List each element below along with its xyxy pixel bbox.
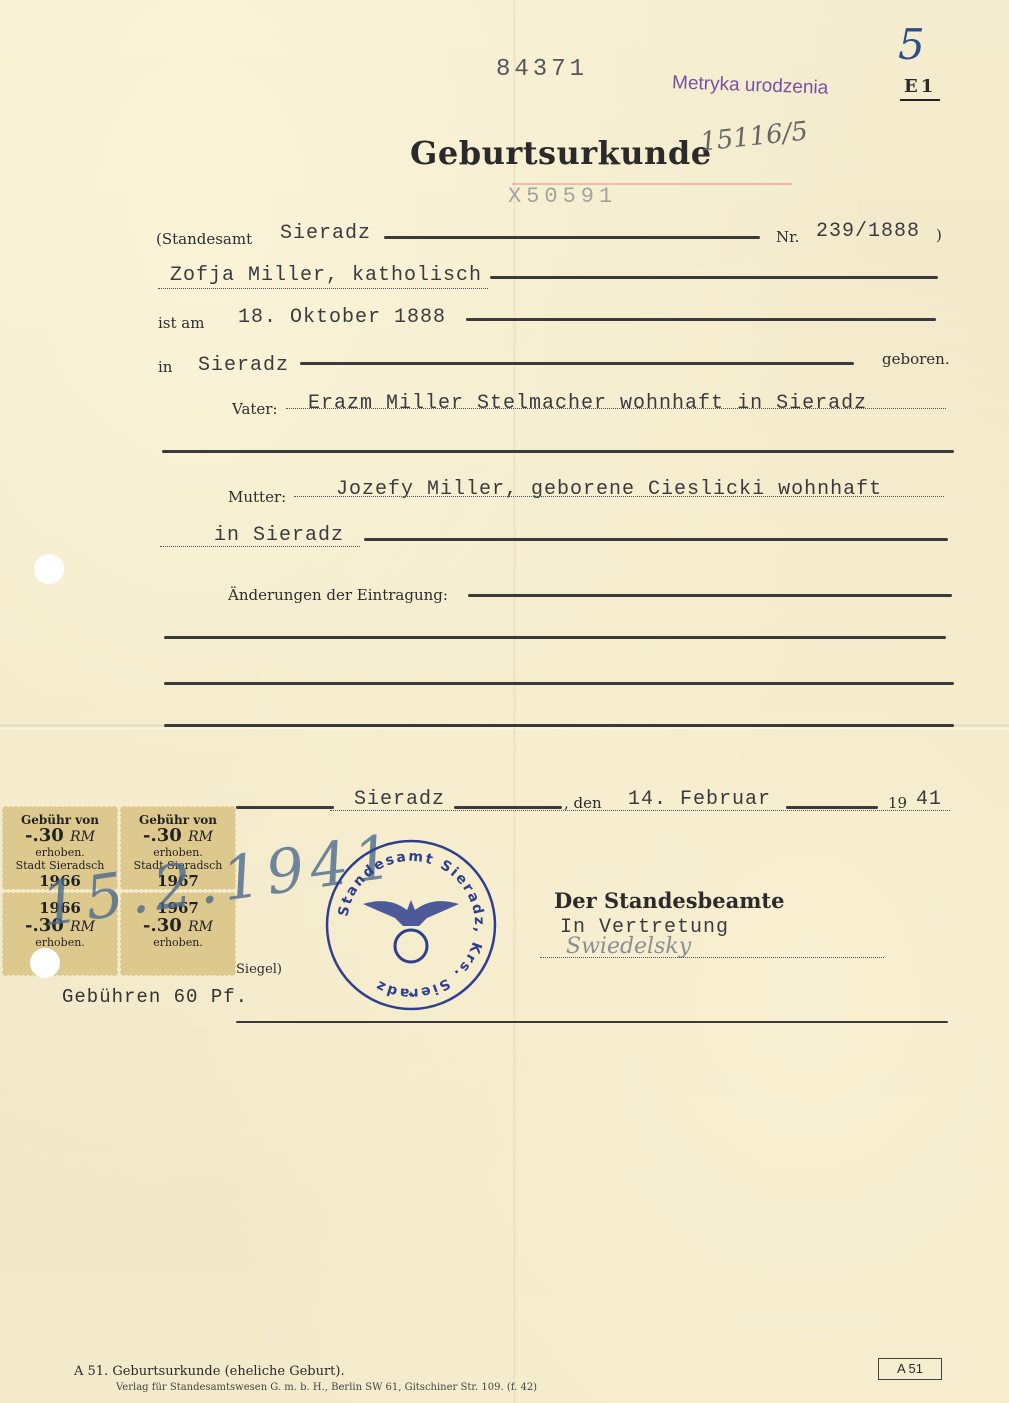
nr-close: ) [936,226,942,244]
issuance-date: 14. Februar [628,788,771,811]
nr-label: Nr. [776,228,799,246]
rule [162,450,954,453]
rule [786,806,878,809]
rule [300,362,854,365]
svg-text:✦: ✦ [407,990,415,1001]
rule [490,276,938,279]
child-name: Zofja Miller, katholisch [170,264,482,287]
rule [364,538,948,541]
rule [164,636,946,639]
seal-icon: Standesamt Sieradz, Krs. Sieradz ✦ [323,838,499,1012]
rule [384,236,760,239]
in-label: in [158,358,172,376]
fees-text: Gebühren 60 Pf. [62,986,248,1008]
geboren-label: geboren. [882,350,950,368]
rule [236,1021,948,1023]
standesamt-label: (Standesamt [156,230,252,248]
dotted-rule [540,957,884,958]
form-code-e1: E1 [900,76,940,101]
faded-number: X50591 [508,184,617,209]
dotted-rule [158,288,488,289]
mutter-label: Mutter: [228,488,286,506]
dotted-rule [286,408,946,409]
red-pencil-mark [512,183,792,185]
nr-value: 239/1888 [816,220,920,243]
punch-hole-bottom [30,948,60,978]
signature-title: Der Standesbeamte [554,888,785,913]
rule [454,806,562,809]
vater-value: Erazm Miller Stelmacher wohnhaft in Sier… [308,392,867,415]
year-suffix: 41 [916,788,942,811]
dotted-rule [330,810,950,811]
dotted-rule [294,496,944,497]
footer-line2: Verlag für Standesamtswesen G. m. b. H.,… [116,1382,537,1393]
vater-label: Vater: [232,400,278,418]
dotted-rule [160,546,360,547]
mutter-value-line2: in Sieradz [214,524,344,547]
rule [468,594,952,597]
official-seal: Standesamt Sieradz, Krs. Sieradz ✦ [323,838,499,1012]
ist-am-label: ist am [158,314,204,332]
document-title: Geburtsurkunde [410,134,712,172]
footer-line1: A 51. Geburtsurkunde (eheliche Geburt). [74,1364,345,1379]
rule [164,724,954,727]
signature: Swiedelsky [566,934,691,959]
rule [164,682,954,685]
metryka-stamp: Metryka urodzenia [672,72,829,99]
mutter-value-line1: Jozefy Miller, geborene Cieslicki wohnha… [336,478,882,501]
siegel-label: Siegel) [236,962,282,977]
handwritten-number: 5 [898,20,925,69]
issuance-place: Sieradz [354,788,445,811]
serial-number: 84371 [496,56,588,83]
form-box: A 51 [878,1358,942,1380]
standesamt-value: Sieradz [280,222,371,245]
rule [236,806,334,809]
aenderungen-label: Änderungen der Eintragung: [228,586,448,604]
handwritten-reference: 15116/5 [699,116,810,157]
rule [466,318,936,321]
birth-place: Sieradz [198,354,289,377]
birth-date: 18. Oktober 1888 [238,306,446,329]
paper-fold-vertical [513,0,516,1403]
punch-hole-top [34,554,64,584]
